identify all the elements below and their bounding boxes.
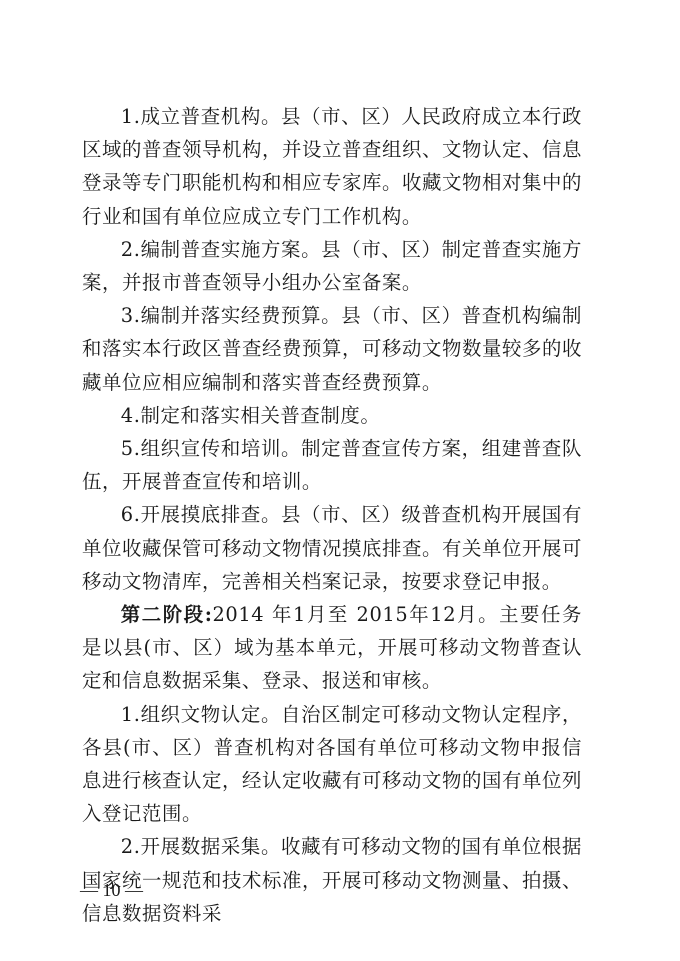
page-number: — 10 —: [80, 880, 143, 901]
paragraph-implementation-plan: 2.编制普查实施方案。县（市、区）制定普查实施方案，并报市普查领导小组办公室备案…: [82, 233, 582, 299]
paragraph-investigation: 6.开展摸底排查。县（市、区）级普查机构开展国有单位收藏保管可移动文物情况摸底排…: [82, 498, 582, 598]
paragraph-relic-identification: 1.组织文物认定。自治区制定可移动文物认定程序，各县(市、区）普查机构对各国有单…: [82, 698, 582, 831]
paragraph-regulations: 4.制定和落实相关普查制度。: [82, 399, 582, 432]
paragraph-budget: 3.编制并落实经费预算。县（市、区）普查机构编制和落实本行政区普查经费预算，可移…: [82, 299, 582, 399]
paragraph-phase-two: 第二阶段:2014 年1月至 2015年12月。主要任务是以县(市、区）域为基本…: [82, 598, 582, 698]
phase-two-heading: 第二阶段:: [121, 603, 213, 626]
document-body: 1.成立普查机构。县（市、区）人民政府成立本行政区域的普查领导机构，并设立普查组…: [82, 100, 582, 930]
paragraph-publicity-training: 5.组织宣传和培训。制定普查宣传方案，组建普查队伍，开展普查宣传和培训。: [82, 432, 582, 498]
paragraph-establish-agency: 1.成立普查机构。县（市、区）人民政府成立本行政区域的普查领导机构，并设立普查组…: [82, 100, 582, 233]
paragraph-data-collection: 2.开展数据采集。收藏有可移动文物的国有单位根据国家统一规范和技术标准，开展可移…: [82, 830, 582, 930]
